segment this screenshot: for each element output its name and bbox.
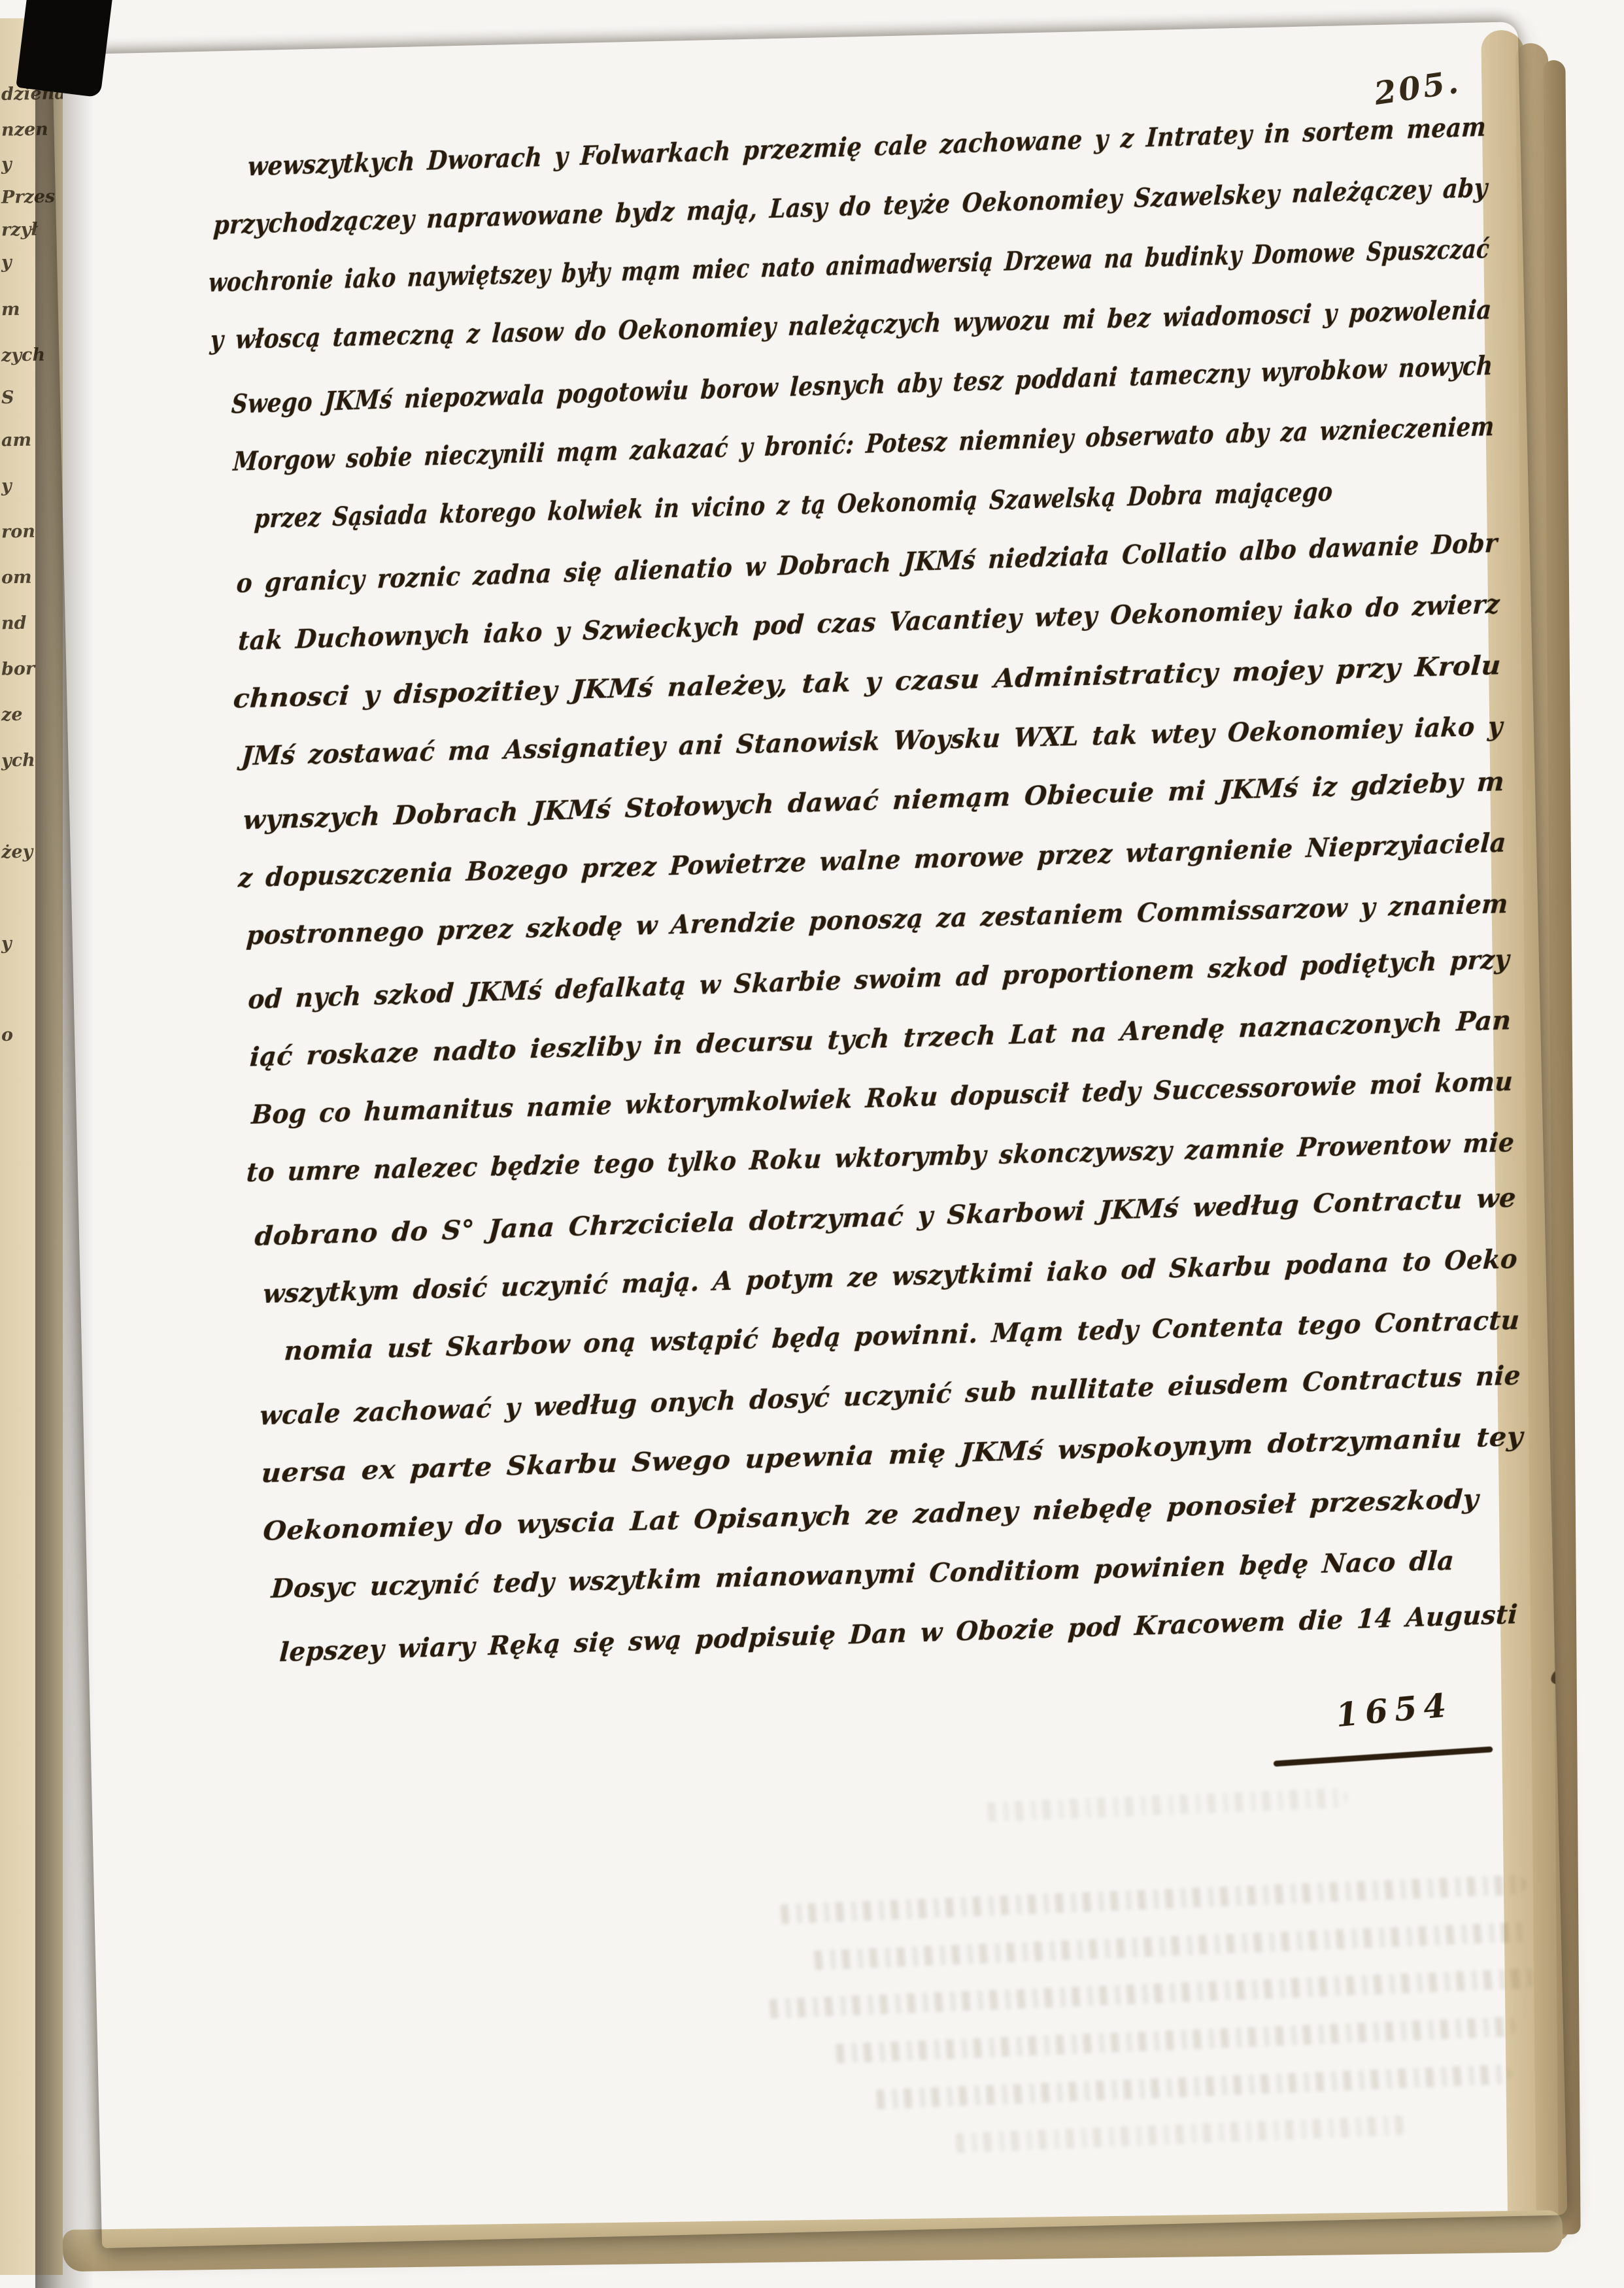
facing-page-text-fragment: y [1, 154, 12, 175]
facing-page-text-fragment: Przes [1, 186, 56, 207]
facing-page-text-fragment: ze [1, 705, 23, 726]
bleedthrough-line [870, 2064, 1511, 2110]
facing-page-text-fragment: y [1, 934, 12, 954]
facing-page-text-fragment: nd [1, 613, 27, 634]
year-underline-stroke [1274, 1746, 1493, 1766]
facing-page-text-fragment: zych [1, 345, 46, 365]
bleedthrough-line [774, 1875, 1526, 1925]
bleedthrough-line [981, 1788, 1348, 1822]
bleedthrough-line [830, 2017, 1516, 2064]
facing-page-text-fragment: y [1, 476, 12, 496]
bleedthrough-line [764, 1968, 1535, 2019]
facing-page-text-fragment: am [1, 430, 32, 451]
manuscript-scan: dzienatnzenyPrzesrzyłymzychSamyronomndbo… [0, 0, 1624, 2288]
manuscript-page: 205. wewszytkych Dworach y Folwarkach pr… [52, 22, 1568, 2248]
facing-page-text-fragment: y [1, 252, 12, 273]
bleedthrough-line [949, 2115, 1408, 2153]
page-number: 205. [1372, 63, 1463, 112]
bleedthrough-line [808, 1922, 1527, 1970]
facing-page-text-fragment: ron [1, 522, 35, 543]
facing-page-text-fragment: m [1, 299, 20, 320]
facing-page-text-fragment: żey [1, 842, 33, 863]
facing-page-text-fragment: S [1, 388, 14, 408]
manuscript-line-text: wewszytkych Dworach y Folwarkach przezmi… [247, 112, 1487, 182]
date-year: 1654 [1334, 1685, 1455, 1734]
facing-page-text-fragment: bor [1, 659, 35, 680]
handwritten-text-block: wewszytkych Dworach y Folwarkach przezmi… [205, 113, 1518, 150]
facing-page-text-fragment: rzył [1, 220, 38, 241]
facing-page-text-fragment: o [1, 1025, 14, 1045]
facing-page-text-fragment: om [1, 567, 32, 588]
facing-page-sliver: dzienatnzenyPrzesrzyłymzychSamyronomndbo… [0, 18, 63, 2275]
binding-shadow [16, 0, 114, 97]
paper-surface: 205. wewszytkych Dworach y Folwarkach pr… [52, 22, 1568, 2248]
facing-page-text-fragment: nzen [1, 119, 48, 140]
facing-page-text-fragment: ych [1, 750, 35, 771]
